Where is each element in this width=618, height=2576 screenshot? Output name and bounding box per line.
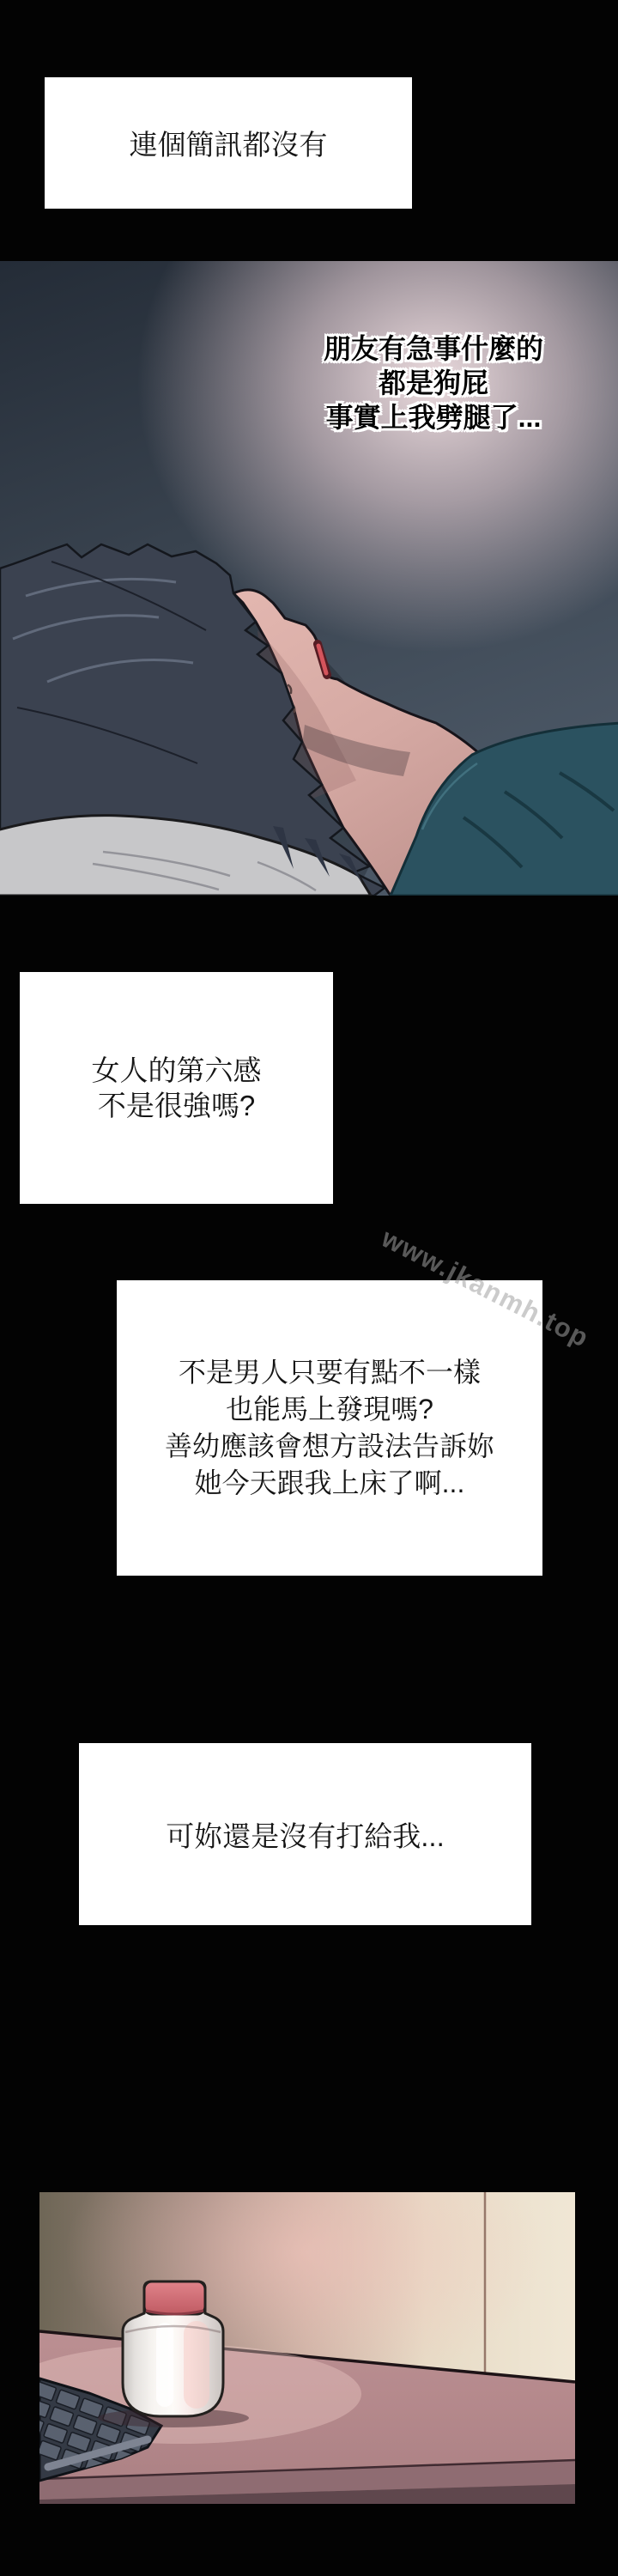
- bottle-cap: [144, 2281, 205, 2314]
- caption-line: 朋友有急事什麼的: [245, 331, 618, 366]
- speech-box-3: 不是男人只要有點不一樣 也能馬上發現嗎? 善幼應該會想方設法告訴妳 她今天跟我上…: [117, 1280, 542, 1576]
- speech-box-2: 女人的第六感 不是很強嗎?: [20, 972, 333, 1204]
- bottle-pink-reflection: [184, 2321, 209, 2409]
- speech-box-4: 可妳還是沒有打給我...: [79, 1743, 531, 1925]
- speech-box-2-line: 不是很強嗎?: [98, 1088, 255, 1123]
- desk-panel: [39, 2192, 575, 2504]
- speech-box-3-line: 不是男人只要有點不一樣: [179, 1354, 481, 1391]
- inner-monologue-caption: 朋友有急事什麼的 都是狗屁 事實上我劈腿了...: [245, 331, 618, 434]
- bedroom-panel: 朋友有急事什麼的 都是狗屁 事實上我劈腿了...: [0, 261, 618, 896]
- speech-box-2-line: 女人的第六感: [92, 1053, 262, 1088]
- bottle-highlight: [156, 2323, 173, 2407]
- caption-line: 都是狗屁: [245, 366, 618, 400]
- speech-box-1: 連個簡訊都沒有: [45, 77, 412, 209]
- speech-box-3-line: 善幼應該會想方設法告訴妳: [165, 1428, 494, 1465]
- comic-page: 連個簡訊都沒有: [0, 0, 618, 2576]
- desk-illustration: [39, 2192, 575, 2504]
- speech-box-1-line: 連個簡訊都沒有: [130, 123, 328, 163]
- caption-line: 事實上我劈腿了...: [245, 400, 618, 434]
- speech-box-3-line: 也能馬上發現嗎?: [226, 1391, 433, 1428]
- speech-box-4-line: 可妳還是沒有打給我...: [166, 1814, 445, 1855]
- speech-box-3-line: 她今天跟我上床了啊...: [195, 1465, 465, 1502]
